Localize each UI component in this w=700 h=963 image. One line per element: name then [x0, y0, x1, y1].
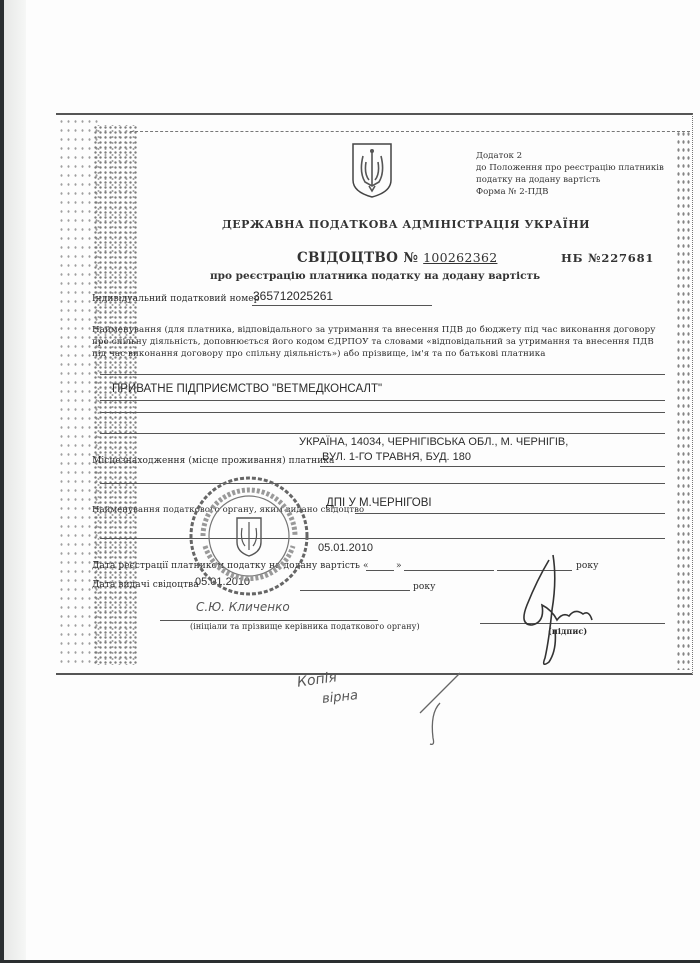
issue-date-label: Дата видачі свідоцтва — [92, 580, 199, 590]
handwritten-mark-icon — [290, 668, 480, 748]
address-label: Місцезнаходження (місце проживання) плат… — [92, 456, 335, 466]
address-underline — [320, 466, 665, 467]
certificate-number: 100262362 — [423, 250, 497, 265]
divider-line — [100, 433, 665, 434]
name-label: під час виконання договору про спільну д… — [92, 349, 546, 359]
divider-line — [100, 400, 665, 401]
authority-underline — [355, 513, 665, 514]
page-edge-shadow — [4, 0, 26, 960]
coat-of-arms-icon — [351, 142, 393, 199]
serial-number: НБ №227681 — [561, 251, 654, 265]
official-label: (ініціали та прізвище керівника податков… — [190, 622, 420, 631]
annex-line: Додаток 2 — [476, 150, 664, 162]
name-label: про спільну діяльність, доповнюється йог… — [92, 337, 654, 347]
quote-close: » — [396, 561, 402, 571]
issue-year-blank — [300, 590, 410, 591]
divider-line — [100, 538, 665, 539]
divider-line — [100, 412, 665, 413]
annex-note: Додаток 2 до Положення про реєстрацію пл… — [476, 150, 664, 198]
tax-id-label: Індивідуальний податковий номер — [92, 294, 260, 304]
tax-id-value: 365712025261 — [253, 289, 333, 303]
registration-date-value: 05.01.2010 — [318, 542, 373, 554]
certificate-title: СВІДОЦТВО № 100262362 — [297, 250, 497, 266]
address-line-2: ВУЛ. 1-ГО ТРАВНЯ, БУД. 180 — [322, 451, 471, 463]
annex-line: податку на додану вартість — [476, 174, 664, 186]
official-underline — [160, 620, 378, 621]
official-stamp-icon — [187, 474, 312, 599]
frame-right-border — [676, 130, 690, 670]
title-prefix: СВІДОЦТВО № — [297, 250, 423, 266]
divider-line — [100, 374, 665, 375]
official-name: С.Ю. Кличенко — [196, 600, 290, 614]
year-word: року — [413, 582, 436, 592]
authority-value: ДПІ У М.ЧЕРНІГОВІ — [326, 497, 432, 509]
agency-heading: ДЕРЖАВНА ПОДАТКОВА АДМІНІСТРАЦІЯ УКРАЇНИ — [222, 218, 590, 231]
annex-line: Форма № 2-ПДВ — [476, 186, 664, 198]
annex-line: до Положення про реєстрацію платників — [476, 162, 664, 174]
name-label: Найменування (для платника, відповідальн… — [92, 325, 656, 335]
day-blank — [366, 570, 394, 571]
divider-line — [100, 483, 665, 484]
tax-id-underline — [252, 305, 432, 306]
taxpayer-name: ПРИВАТНЕ ПІДПРИЄМСТВО "ВЕТМЕДКОНСАЛТ" — [112, 383, 382, 395]
address-line-1: УКРАЇНА, 14034, ЧЕРНІГІВСЬКА ОБЛ., М. ЧЕ… — [299, 436, 568, 448]
frame-inner-line — [130, 131, 690, 132]
certificate-subtitle: про реєстрацію платника податку на додан… — [210, 270, 540, 282]
month-blank — [404, 570, 494, 571]
signature-icon — [497, 550, 617, 670]
